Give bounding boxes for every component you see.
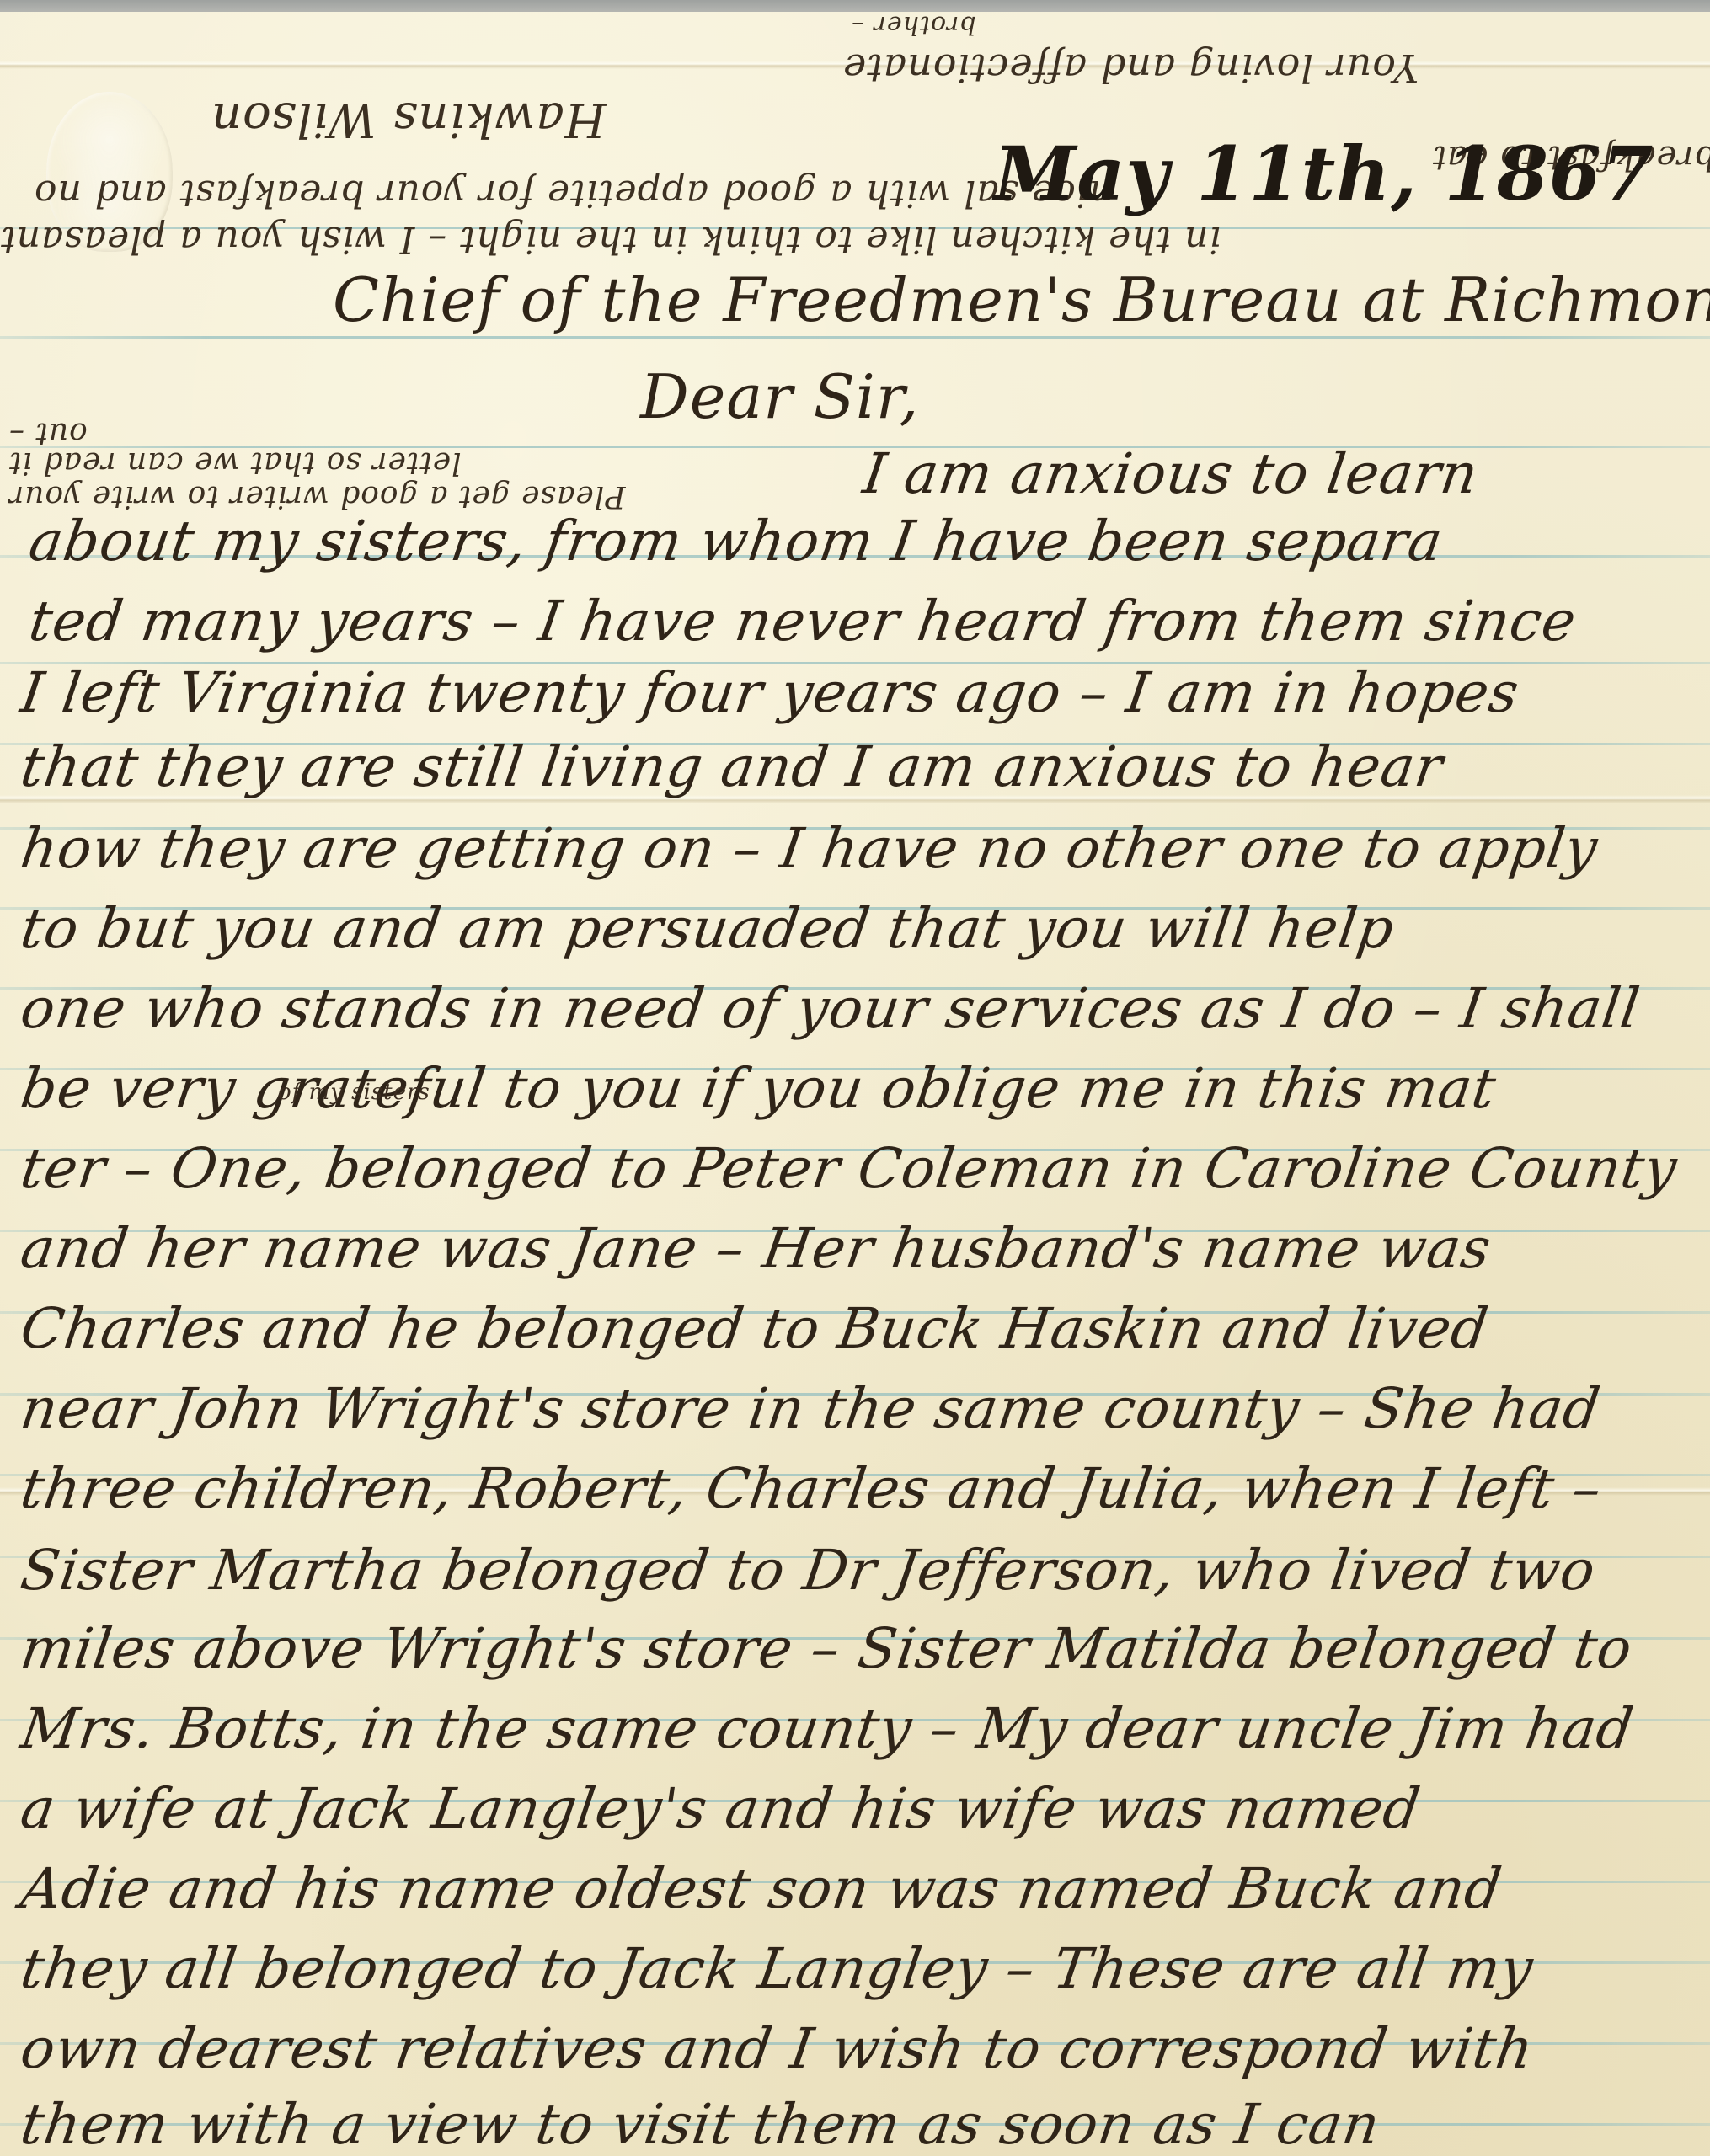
body-line: that they are still living and I am anxi… bbox=[17, 734, 1447, 799]
body-line: miles above Wright's store – Sister Mati… bbox=[17, 1616, 1637, 1681]
postscript-line: nice sal with a good appetite for your b… bbox=[34, 172, 1113, 215]
letter-date: May 11th, 1867 bbox=[994, 130, 1654, 217]
body-line: be very grateful to you if you oblige me… bbox=[17, 1056, 1500, 1121]
letter-scan: brother – Your loving and affectionate H… bbox=[0, 0, 1710, 2156]
body-line: near John Wright's store in the same cou… bbox=[17, 1376, 1605, 1441]
body-line: three children, Robert, Charles and Juli… bbox=[17, 1456, 1606, 1521]
margin-note-line: letter so that we can read it bbox=[8, 446, 462, 480]
body-line: one who stands in need of your services … bbox=[17, 976, 1644, 1041]
postscript-line: in the kitchen like to think in the nigh… bbox=[0, 218, 1221, 261]
body-line: ted many years – I have never heard from… bbox=[25, 589, 1580, 654]
letter-page: brother – Your loving and affectionate H… bbox=[0, 12, 1710, 2156]
body-line: I am anxious to learn bbox=[859, 441, 1483, 506]
letter-recipient: Chief of the Freedmen's Bureau at Richmo… bbox=[333, 264, 1710, 335]
body-line: them with a view to visit them as soon a… bbox=[17, 2092, 1384, 2156]
interlinear-insertion: of my sisters bbox=[278, 1080, 430, 1105]
body-line: to but you and am persuaded that you wil… bbox=[17, 896, 1398, 961]
body-line: own dearest relatives and I wish to corr… bbox=[17, 2016, 1537, 2081]
postscript-line: brother – bbox=[851, 12, 976, 40]
body-line: a wife at Jack Langley's and his wife wa… bbox=[17, 1776, 1424, 1841]
scanner-border bbox=[0, 0, 1710, 12]
ruled-line bbox=[0, 336, 1710, 339]
postscript-closing: Your loving and affectionate bbox=[842, 45, 1419, 91]
body-line: Adie and his name oldest son was named B… bbox=[17, 1856, 1506, 1921]
body-line: they all belonged to Jack Langley – Thes… bbox=[17, 1936, 1537, 2001]
body-line: ter – One, belonged to Peter Coleman in … bbox=[17, 1136, 1681, 1201]
body-line: Mrs. Botts, in the same county – My dear… bbox=[17, 1696, 1638, 1761]
letter-salutation: Dear Sir, bbox=[640, 361, 919, 432]
body-line: I left Virginia twenty four years ago – … bbox=[17, 660, 1523, 725]
body-line: Charles and he belonged to Buck Haskin a… bbox=[17, 1296, 1493, 1361]
body-line: and her name was Jane – Her husband's na… bbox=[17, 1216, 1495, 1281]
body-line: Sister Martha belonged to Dr Jefferson, … bbox=[17, 1538, 1600, 1603]
body-line: about my sisters, from whom I have been … bbox=[25, 509, 1447, 574]
body-line: how they are getting on – I have no othe… bbox=[17, 816, 1602, 881]
postscript-signature: Hawkins Wilson bbox=[211, 92, 607, 147]
